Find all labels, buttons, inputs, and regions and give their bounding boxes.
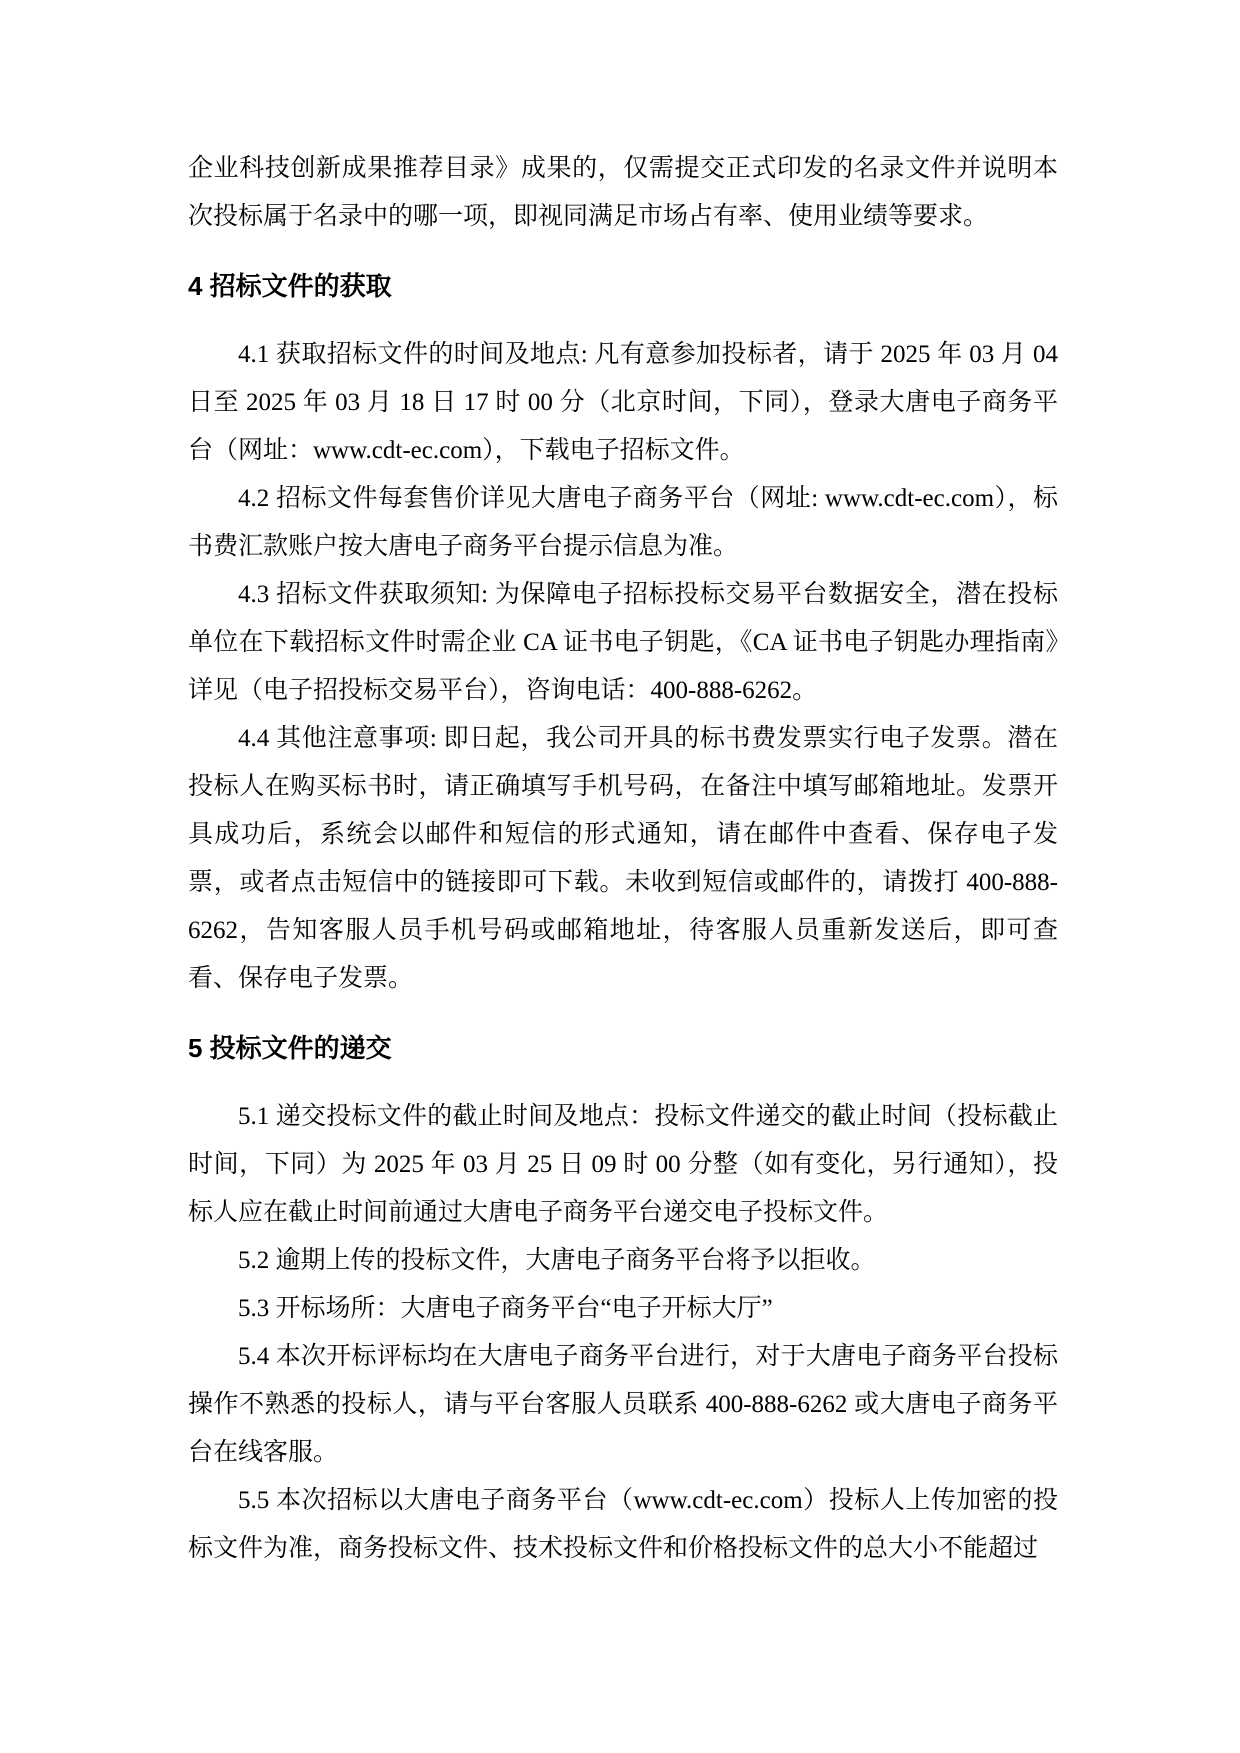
- section-heading: 5 投标文件的递交: [188, 1021, 1058, 1075]
- document-page: 企业科技创新成果推荐目录》成果的，仅需提交正式印发的名录文件并说明本次投标属于名…: [0, 0, 1240, 1753]
- document-content: 企业科技创新成果推荐目录》成果的，仅需提交正式印发的名录文件并说明本次投标属于名…: [188, 145, 1058, 1573]
- paragraph: 4.2 招标文件每套售价详见大唐电子商务平台（网址: www.cdt-ec.co…: [188, 475, 1058, 571]
- paragraph: 5.2 逾期上传的投标文件，大唐电子商务平台将予以拒收。: [188, 1237, 1058, 1285]
- paragraph: 5.4 本次开标评标均在大唐电子商务平台进行，对于大唐电子商务平台投标操作不熟悉…: [188, 1333, 1058, 1477]
- paragraph: 4.4 其他注意事项: 即日起，我公司开具的标书费发票实行电子发票。潜在投标人在…: [188, 715, 1058, 1003]
- paragraph: 企业科技创新成果推荐目录》成果的，仅需提交正式印发的名录文件并说明本次投标属于名…: [188, 145, 1058, 241]
- paragraph: 5.3 开标场所：大唐电子商务平台“电子开标大厅”: [188, 1285, 1058, 1333]
- paragraph: 5.1 递交投标文件的截止时间及地点：投标文件递交的截止时间（投标截止时间，下同…: [188, 1093, 1058, 1237]
- section-heading: 4 招标文件的获取: [188, 259, 1058, 313]
- paragraph: 4.1 获取招标文件的时间及地点: 凡有意参加投标者，请于 2025 年 03 …: [188, 331, 1058, 475]
- paragraph: 5.5 本次招标以大唐电子商务平台（www.cdt-ec.com）投标人上传加密…: [188, 1477, 1058, 1573]
- paragraph: 4.3 招标文件获取须知: 为保障电子招标投标交易平台数据安全，潜在投标单位在下…: [188, 571, 1058, 715]
